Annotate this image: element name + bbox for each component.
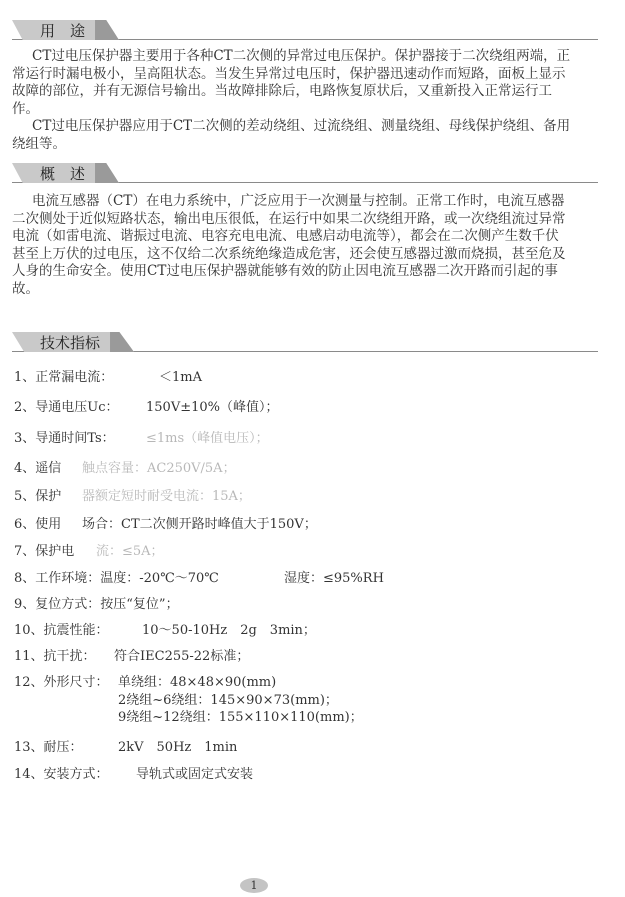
spec-item-remote-signal: 4、遥信 触点容量：AC250V/5A； (14, 457, 61, 476)
spec-item-installation: 14、安装方式： 导轨式或固定式安装 (14, 763, 109, 782)
spec-label: 13、耐压： (14, 736, 83, 755)
spec-label: 4、遥信 (14, 457, 61, 476)
spec-item-conduction-time: 3、导通时间Ts： ≤1ms（峰值电压）； (14, 427, 115, 446)
spec-item-usage-condition: 6、使用 场合：CT二次侧开路时峰值大于150V； (14, 513, 61, 532)
spec-label: 3、导通时间Ts： (14, 427, 115, 446)
spec-value: ≤1ms（峰值电压）； (146, 427, 269, 446)
tab-shade (110, 332, 134, 352)
spec-item-vibration: 10、抗震性能： 10～50-10Hz 2g 3min； (14, 619, 109, 638)
header-tab: 概 述 (12, 163, 119, 183)
spec-item-conduction-voltage: 2、导通电压Uc： 150V±10%（峰值）； (14, 396, 119, 415)
spec-item-protection-current: 7、保护电 流：≤5A； (14, 540, 74, 559)
spec-label: 10、抗震性能： (14, 619, 109, 638)
spec-value: 10～50-10Hz 2g 3min； (142, 619, 316, 638)
spec-label: 12、外形尺寸： (14, 671, 109, 690)
spec-value: 单绕组：48×48×90(mm) (118, 671, 276, 690)
page-number-badge: 1 (240, 878, 268, 893)
spec-label: 6、使用 (14, 513, 61, 532)
spec-value: 流：≤5A； (96, 540, 164, 559)
spec-value: 场合：CT二次侧开路时峰值大于150V； (82, 513, 317, 532)
spec-item-dimensions: 12、外形尺寸： 单绕组：48×48×90(mm) 2绕组~6绕组：145×90… (14, 671, 109, 690)
spec-label: 8、工作环境：温度：-20℃～70℃ (14, 567, 219, 586)
spec-item-anti-interference: 11、抗干扰： 符合IEC255-22标准； (14, 645, 96, 664)
spec-item-short-time-current: 5、保护 器额定短时耐受电流：15A； (14, 485, 61, 504)
spec-item-environment: 8、工作环境：温度：-20℃～70℃ 湿度：≤95%RH (14, 567, 219, 586)
spec-label: 9、复位方式：按压“复位”； (14, 593, 179, 612)
section-header-overview: 概 述 (12, 163, 598, 183)
spec-value: 导轨式或固定式安装 (136, 763, 253, 782)
spec-value: 触点容量：AC250V/5A； (82, 457, 236, 476)
spec-value: ＜1mA (159, 366, 202, 385)
spec-label: 14、安装方式： (14, 763, 109, 782)
spec-label: 7、保护电 (14, 540, 74, 559)
spec-value: 符合IEC255-22标准； (114, 645, 249, 664)
spec-value: 器额定短时耐受电流：15A； (82, 485, 251, 504)
spec-label: 11、抗干扰： (14, 645, 96, 664)
header-tab: 技术指标 (12, 332, 134, 352)
tab-shade (95, 20, 119, 40)
header-tab: 用 途 (12, 20, 119, 40)
usage-paragraph-2: CT过电压保护器应用于CT二次侧的差动绕组、过流绕组、测量绕组、母线保护绕组、备… (12, 118, 572, 153)
spec-item-withstand-voltage: 13、耐压： 2kV 50Hz 1min (14, 736, 83, 755)
usage-paragraph-1: CT过电压保护器主要用于各种CT二次侧的异常过电压保护。保护器接于二次绕组两端，… (12, 48, 572, 118)
section-header-specs: 技术指标 (12, 332, 598, 352)
spec-label: 2、导通电压Uc： (14, 396, 119, 415)
section-title: 用 途 (40, 20, 85, 41)
spec-value-extra: 9绕组~12绕组：155×110×110(mm)； (118, 706, 363, 725)
spec-item-reset-method: 9、复位方式：按压“复位”； (14, 593, 179, 612)
overview-paragraph: 电流互感器（CT）在电力系统中，广泛应用于一次测量与控制。正常工作时，电流互感器… (12, 193, 572, 298)
section-header-usage: 用 途 (12, 20, 598, 40)
section-title: 概 述 (40, 163, 85, 184)
spec-label: 1、正常漏电流： (14, 366, 113, 385)
spec-value: 湿度：≤95%RH (284, 567, 384, 586)
spec-label: 5、保护 (14, 485, 61, 504)
section-title: 技术指标 (40, 332, 100, 353)
spec-item-leakage-current: 1、正常漏电流： ＜1mA (14, 366, 113, 385)
tab-shade (95, 163, 119, 183)
spec-value: 2kV 50Hz 1min (118, 736, 237, 755)
spec-value: 150V±10%（峰值）； (146, 396, 279, 415)
